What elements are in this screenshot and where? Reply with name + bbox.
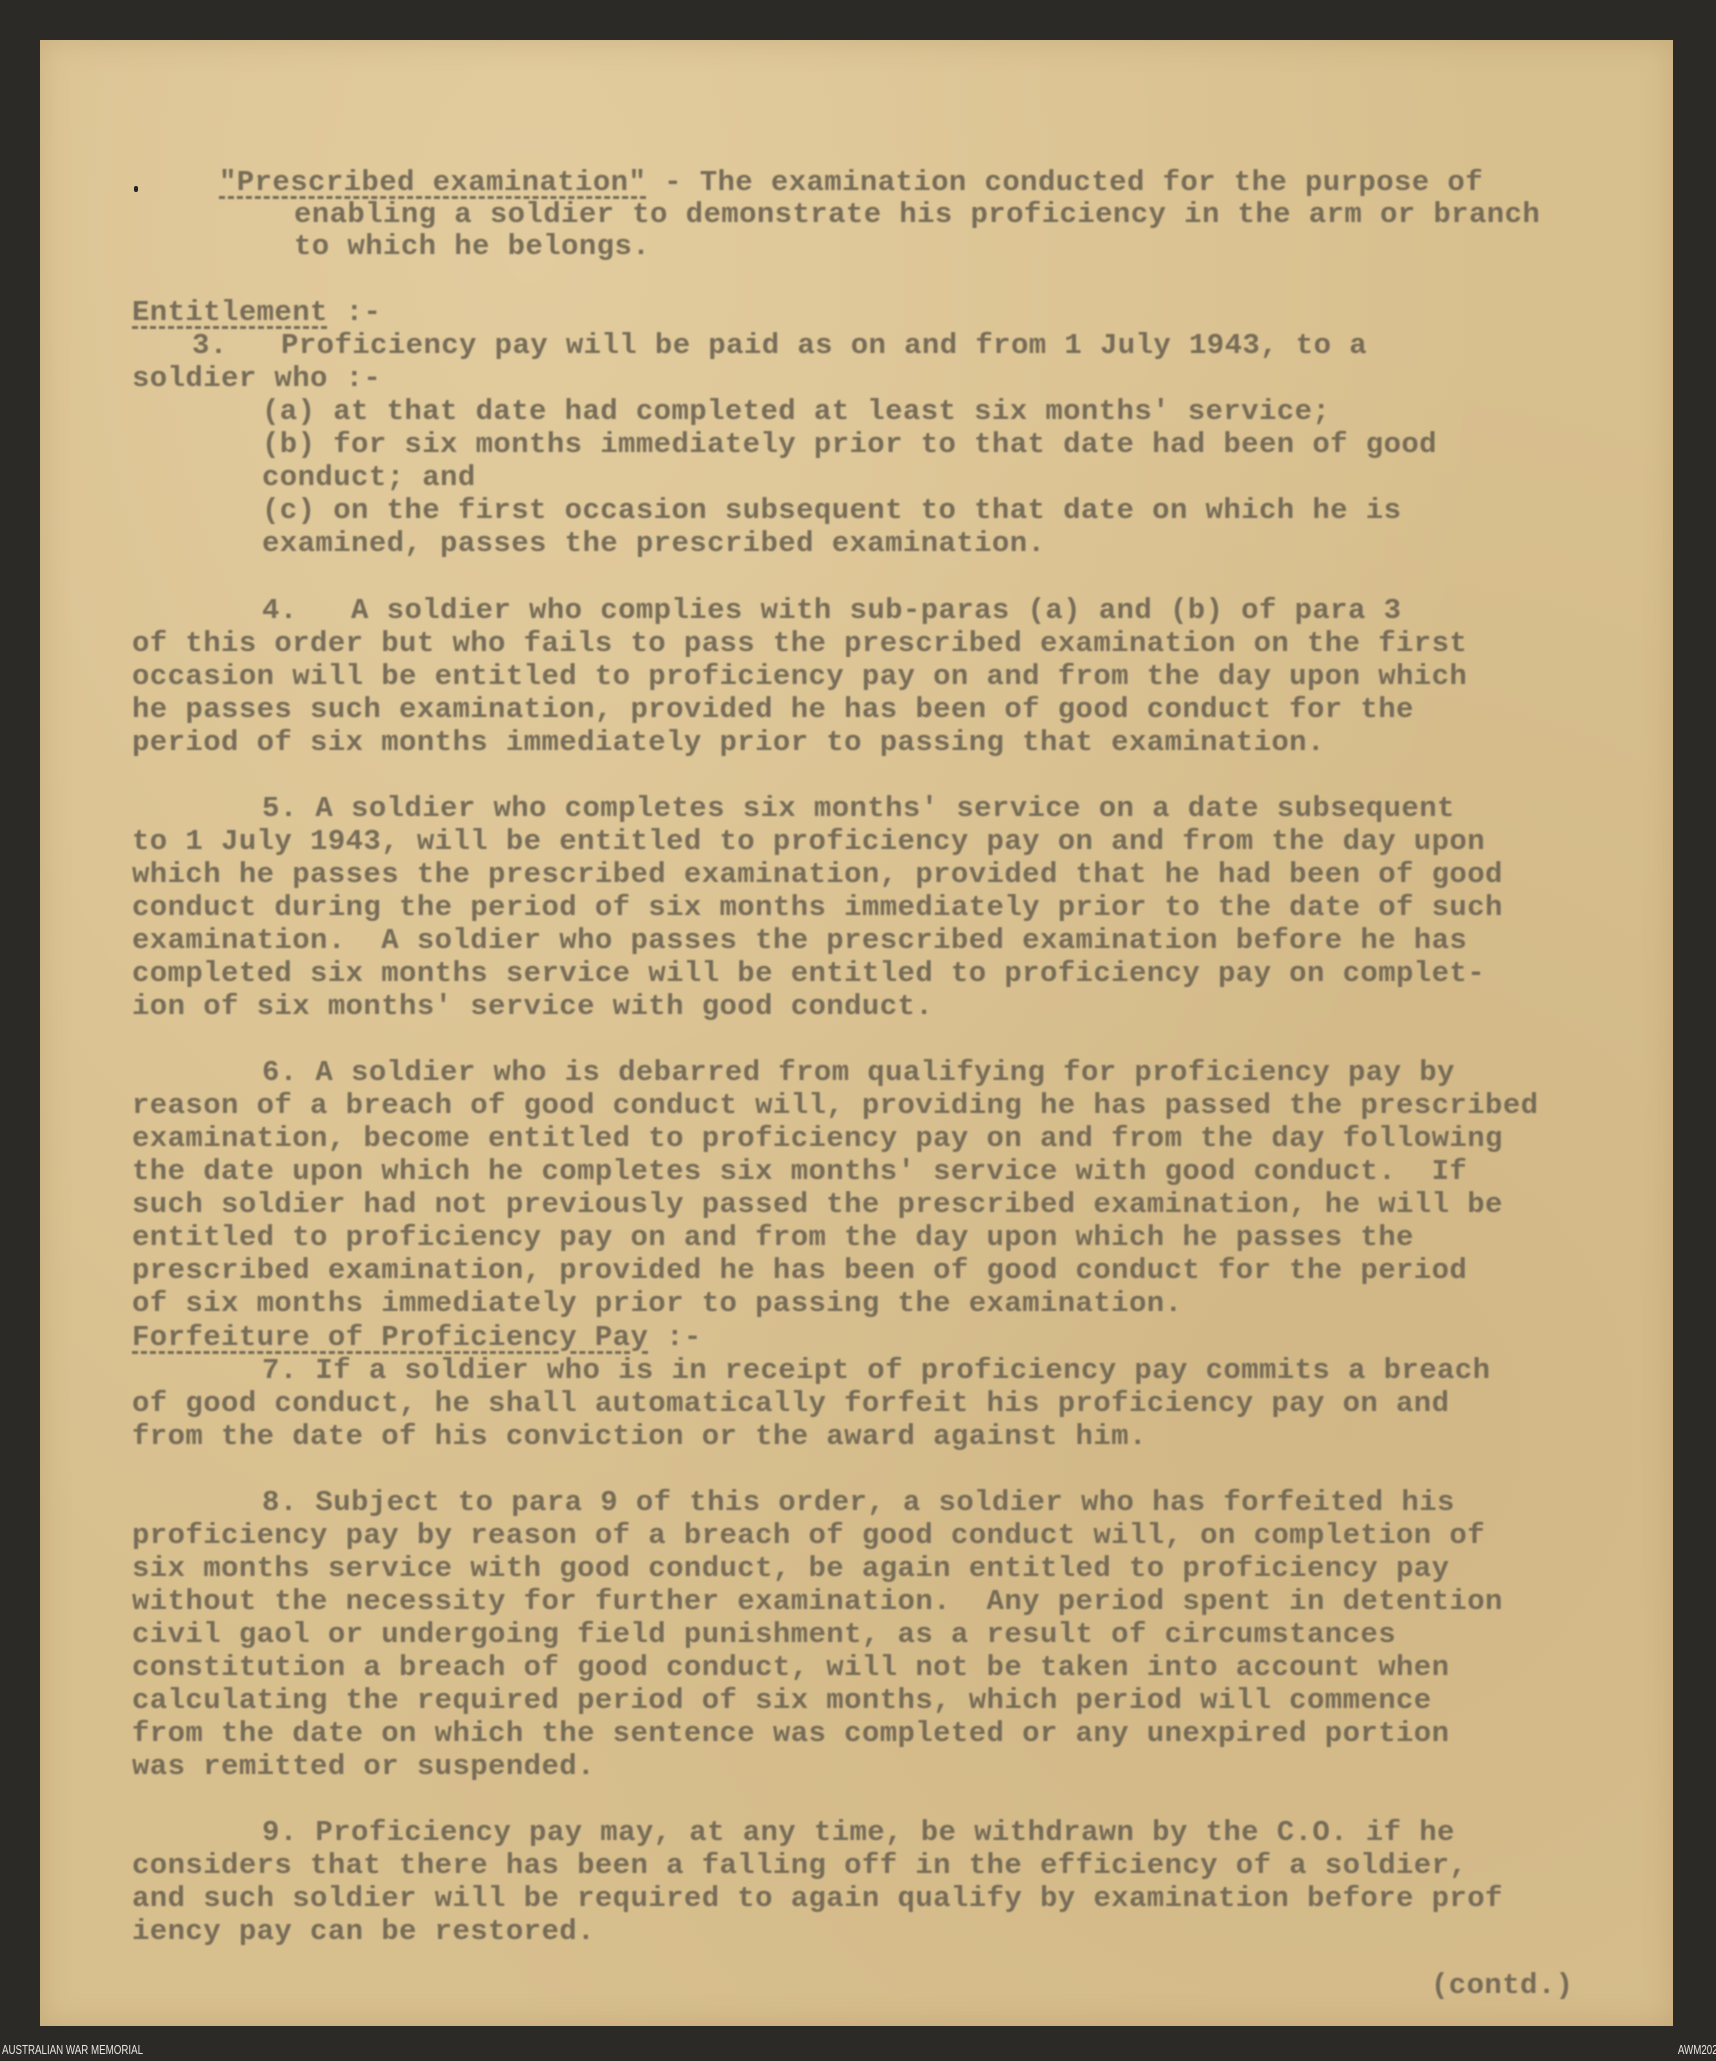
section-heading-forfeiture: Forfeiture of Proficiency Pay :- [132,1321,702,1354]
definition-line-3: to which he belongs. [294,230,650,263]
para-6-line-8: of six months immediately prior to passi… [132,1287,1182,1320]
section-heading-entitlement: Entitlement :- [132,296,381,329]
para-number: 7. [262,1354,298,1387]
para-5-line-7: ion of six months' service with good con… [132,990,933,1023]
para-7-line-1: 7. If a soldier who is in receipt of pro… [262,1354,1490,1387]
para-6-line-7: prescribed examination, provided he has … [132,1254,1467,1287]
para-3-sub-c-cont: examined, passes the prescribed examinat… [262,527,1045,560]
para-5-line-2: to 1 July 1943, will be entitled to prof… [132,825,1485,858]
para-4-line-5: period of six months immediately prior t… [132,726,1325,759]
para-number: 5. [262,792,298,825]
para-8-line-2: proficiency pay by reason of a breach of… [132,1519,1485,1552]
para-6-line-2: reason of a breach of good conduct will,… [132,1089,1538,1122]
para-5-line-3: which he passes the prescribed examinati… [132,858,1503,891]
footer-institution: AUSTRALIAN WAR MEMORIAL [2,2039,143,2061]
para-9-line-3: and such soldier will be required to aga… [132,1882,1503,1915]
typewritten-page: "Prescribed examination" - The examinati… [40,40,1673,2026]
para-3-sub-c: (c) on the first occasion subsequent to … [262,494,1401,527]
para-3-sub-b-cont: conduct; and [262,461,476,494]
definition-line-1: "Prescribed examination" - The examinati… [219,166,1483,199]
para-number: 9. [262,1816,298,1849]
para-9-line-1: 9. Proficiency pay may, at any time, be … [262,1816,1455,1849]
para-5-line-4: conduct during the period of six months … [132,891,1503,924]
para-6-line-6: entitled to proficiency pay on and from … [132,1221,1414,1254]
para-6-line-3: examination, become entitled to proficie… [132,1122,1503,1155]
para-8-line-3: six months service with good conduct, be… [132,1552,1449,1585]
para-3-line-2: soldier who :- [132,362,381,395]
para-7-line-3: from the date of his conviction or the a… [132,1420,1147,1453]
para-8-line-9: was remitted or suspended. [132,1750,595,1783]
para-9-line-4: iency pay can be restored. [132,1915,595,1948]
para-4-line-4: he passes such examination, provided he … [132,693,1414,726]
para-5-line-5: examination. A soldier who passes the pr… [132,924,1467,957]
para-number: 8. [262,1486,298,1519]
definition-line-2: enabling a soldier to demonstrate his pr… [294,198,1540,231]
para-number: 3. [192,329,228,362]
para-8-line-8: from the date on which the sentence was … [132,1717,1449,1750]
para-8-line-6: constitution a breach of good conduct, w… [132,1651,1449,1684]
para-4-line-3: occasion will be entitled to proficiency… [132,660,1467,693]
para-3-sub-b: (b) for six months immediately prior to … [262,428,1437,461]
punch-mark [134,186,138,192]
para-3-sub-a: (a) at that date had completed at least … [262,395,1330,428]
continued-marker: (contd.) [1431,1969,1573,2002]
para-number: 4. [262,594,298,627]
footer-accession-number: AWM2022.5.2167 [1678,2039,1716,2061]
para-8-line-5: civil gaol or undergoing field punishmen… [132,1618,1396,1651]
para-8-line-7: calculating the required period of six m… [132,1684,1432,1717]
para-3-line-1: 3. Proficiency pay will be paid as on an… [192,329,1367,362]
para-6-line-1: 6. A soldier who is debarred from qualif… [262,1056,1455,1089]
para-5-line-1: 5. A soldier who completes six months' s… [262,792,1455,825]
para-number: 6. [262,1056,298,1089]
para-6-line-5: such soldier had not previously passed t… [132,1188,1503,1221]
para-5-line-6: completed six months service will be ent… [132,957,1485,990]
para-9-line-2: considers that there has been a falling … [132,1849,1467,1882]
para-7-line-2: of good conduct, he shall automatically … [132,1387,1449,1420]
para-8-line-4: without the necessity for further examin… [132,1585,1503,1618]
para-6-line-4: the date upon which he completes six mon… [132,1155,1467,1188]
para-8-line-1: 8. Subject to para 9 of this order, a so… [262,1486,1455,1519]
para-4-line-1: 4. A soldier who complies with sub-paras… [262,594,1401,627]
definition-term: "Prescribed examination" [219,166,646,199]
para-4-line-2: of this order but who fails to pass the … [132,627,1467,660]
